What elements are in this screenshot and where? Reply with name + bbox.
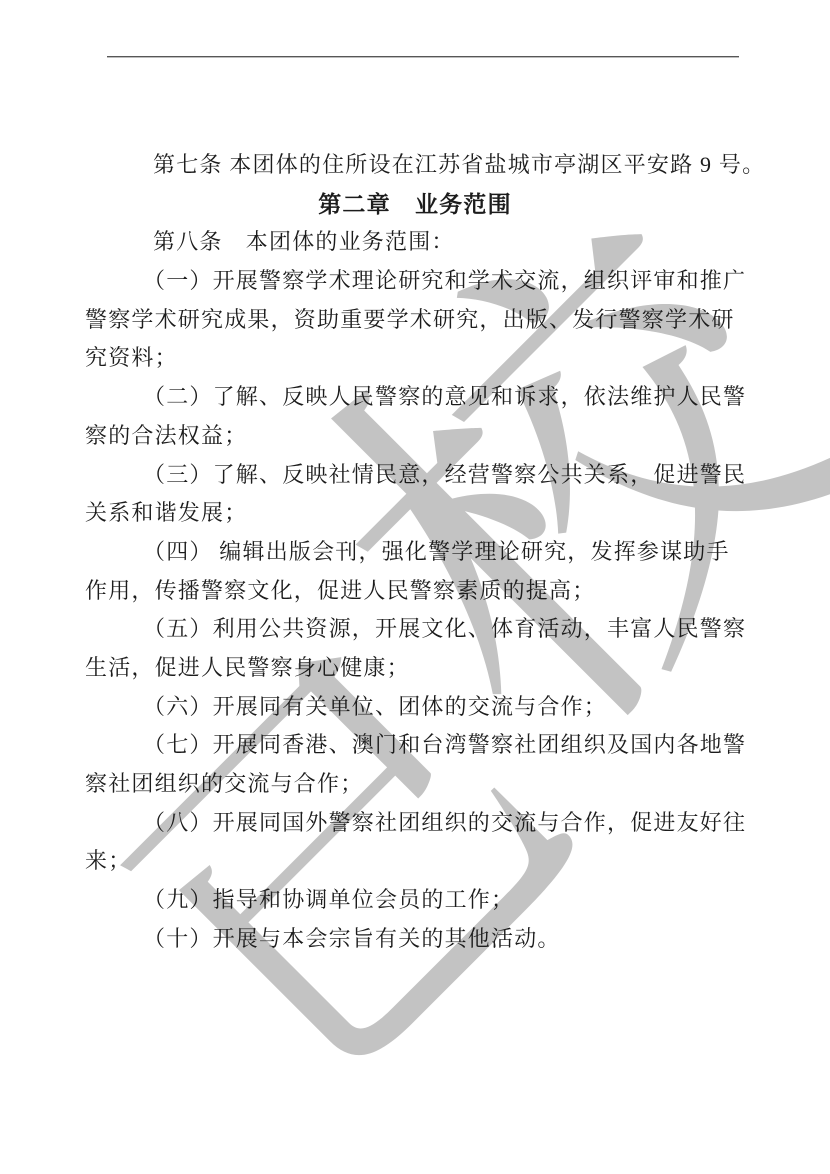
header-rule — [107, 56, 739, 58]
text-line-item-10: （十）开展与本会宗旨有关的其他活动。 — [85, 920, 745, 959]
text-line-item-9: （九）指导和协调单位会员的工作； — [85, 881, 745, 920]
text-line: 生活，促进人民警察身心健康； — [85, 649, 745, 688]
text-line-item-8: （八）开展同国外警察社团组织的交流与合作，促进友好往 — [85, 804, 745, 843]
text-line-item-5: （五）利用公共资源，开展文化、体育活动，丰富人民警察 — [85, 610, 745, 649]
document-body: 第七条 本团体的住所设在江苏省盐城市亭湖区平安路 9 号。 第二章 业务范围 第… — [85, 146, 745, 958]
text-line: 作用，传播警察文化，促进人民警察素质的提高； — [85, 572, 745, 611]
text-line-item-3: （三）了解、反映社情民意，经营警察公共关系，促进警民 — [85, 456, 745, 495]
text-line-item-4: （四） 编辑出版会刊，强化警学理论研究，发挥参谋助手 — [85, 533, 745, 572]
text-line: 关系和谐发展； — [85, 494, 745, 533]
text-line-item-7: （七）开展同香港、澳门和台湾警察社团组织及国内各地警 — [85, 726, 745, 765]
text-line: 察的合法权益； — [85, 417, 745, 456]
text-line-article-8: 第八条 本团体的业务范围： — [85, 223, 745, 262]
text-line: 警察学术研究成果，资助重要学术研究，出版、发行警察学术研 — [85, 301, 745, 340]
text-line: 来； — [85, 842, 745, 881]
chapter-heading: 第二章 业务范围 — [85, 185, 745, 224]
text-line-article-7: 第七条 本团体的住所设在江苏省盐城市亭湖区平安路 9 号。 — [85, 146, 745, 185]
text-line: 究资料； — [85, 339, 745, 378]
text-line-item-2: （二）了解、反映人民警察的意见和诉求，依法维护人民警 — [85, 378, 745, 417]
text-line-item-6: （六）开展同有关单位、团体的交流与合作； — [85, 688, 745, 727]
document-page: 已 校 第七条 本团体的住所设在江苏省盐城市亭湖区平安路 9 号。 第二章 业务… — [0, 0, 830, 1174]
text-line-item-1: （一）开展警察学术理论研究和学术交流，组织评审和推广 — [85, 262, 745, 301]
text-line: 察社团组织的交流与合作； — [85, 765, 745, 804]
